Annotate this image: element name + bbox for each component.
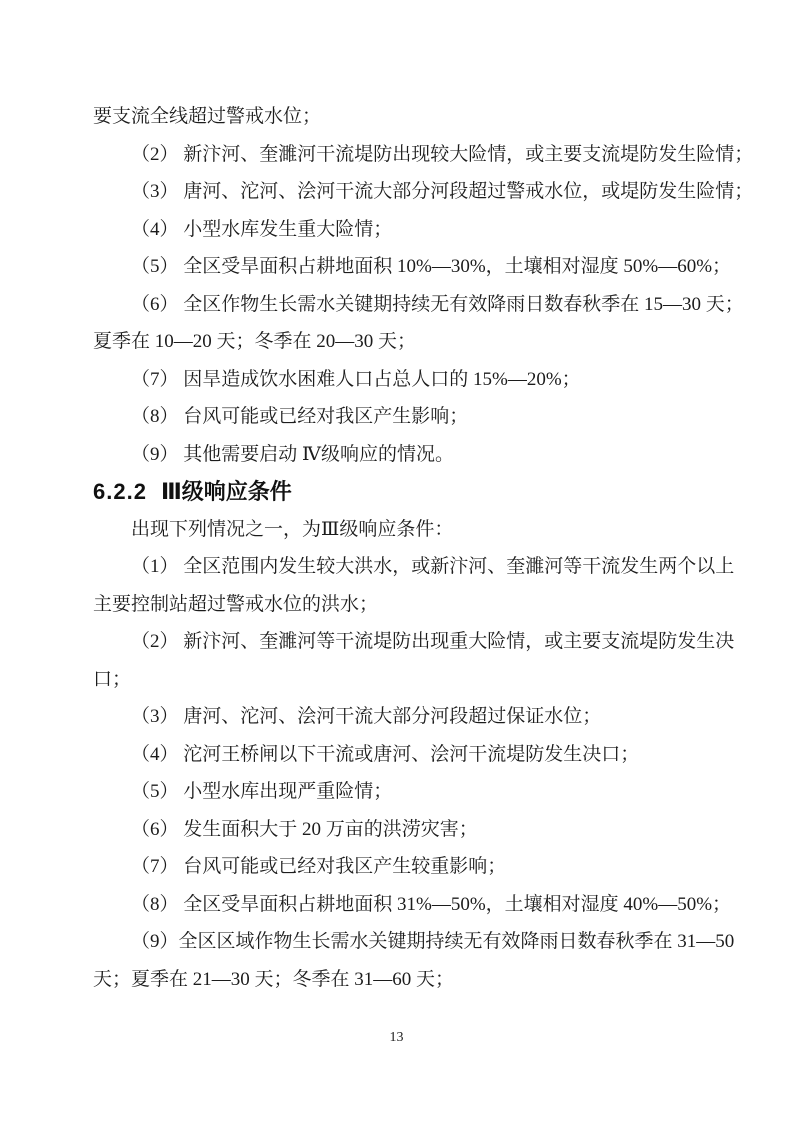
document-content: 要支流全线超过警戒水位；（2） 新汴河、奎濉河干流堤防出现较大险情，或主要支流堤… (93, 98, 730, 998)
paragraph-line: （7） 因旱造成饮水困难人口占总人口的 15%—20%； (93, 361, 730, 399)
paragraph-line: （3） 唐河、沱河、浍河干流大部分河段超过警戒水位，或堤防发生险情； (93, 173, 730, 211)
paragraph-line: 要支流全线超过警戒水位； (93, 98, 730, 136)
paragraph-line: （7） 台风可能或已经对我区产生较重影响； (93, 848, 730, 886)
paragraph-line: 口； (93, 661, 730, 699)
paragraph-line: （9） 其他需要启动 Ⅳ级响应的情况。 (93, 436, 730, 474)
paragraph-line: 天；夏季在 21—30 天；冬季在 31—60 天； (93, 961, 730, 999)
page-number: 13 (0, 1030, 793, 1046)
paragraph-line: （4） 小型水库发生重大险情； (93, 211, 730, 249)
paragraph-line: （2） 新汴河、奎濉河干流堤防出现较大险情，或主要支流堤防发生险情； (93, 136, 730, 174)
paragraph-line: （5） 全区受旱面积占耕地面积 10%—30%，土壤相对湿度 50%—60%； (93, 248, 730, 286)
paragraph-line: 夏季在 10—20 天；冬季在 20—30 天； (93, 323, 730, 361)
document-page: 要支流全线超过警戒水位；（2） 新汴河、奎濉河干流堤防出现较大险情，或主要支流堤… (0, 0, 793, 1122)
heading-number: 6.2.2 (93, 479, 147, 504)
heading-title: Ⅲ级响应条件 (161, 479, 292, 504)
paragraph-line: （9）全区区域作物生长需水关键期持续无有效降雨日数春秋季在 31—50 (93, 923, 730, 961)
paragraph-line: （3） 唐河、沱河、浍河干流大部分河段超过保证水位； (93, 698, 730, 736)
paragraph-line: 主要控制站超过警戒水位的洪水； (93, 586, 730, 624)
paragraph-line: （6） 全区作物生长需水关键期持续无有效降雨日数春秋季在 15—30 天； (93, 286, 730, 324)
paragraph-line: （8） 台风可能或已经对我区产生影响； (93, 398, 730, 436)
paragraph-line: （4） 沱河王桥闸以下干流或唐河、浍河干流堤防发生决口； (93, 736, 730, 774)
paragraph-line: （6） 发生面积大于 20 万亩的洪涝灾害； (93, 811, 730, 849)
paragraph-line: （5） 小型水库出现严重险情； (93, 773, 730, 811)
paragraph-line: （8） 全区受旱面积占耕地面积 31%—50%，土壤相对湿度 40%—50%； (93, 886, 730, 924)
section-heading: 6.2.2Ⅲ级响应条件 (93, 473, 730, 511)
paragraph-line: （1） 全区范围内发生较大洪水，或新汴河、奎濉河等干流发生两个以上 (93, 548, 730, 586)
paragraph-line: 出现下列情况之一，为Ⅲ级响应条件： (93, 511, 730, 549)
paragraph-line: （2） 新汴河、奎濉河等干流堤防出现重大险情，或主要支流堤防发生决 (93, 623, 730, 661)
